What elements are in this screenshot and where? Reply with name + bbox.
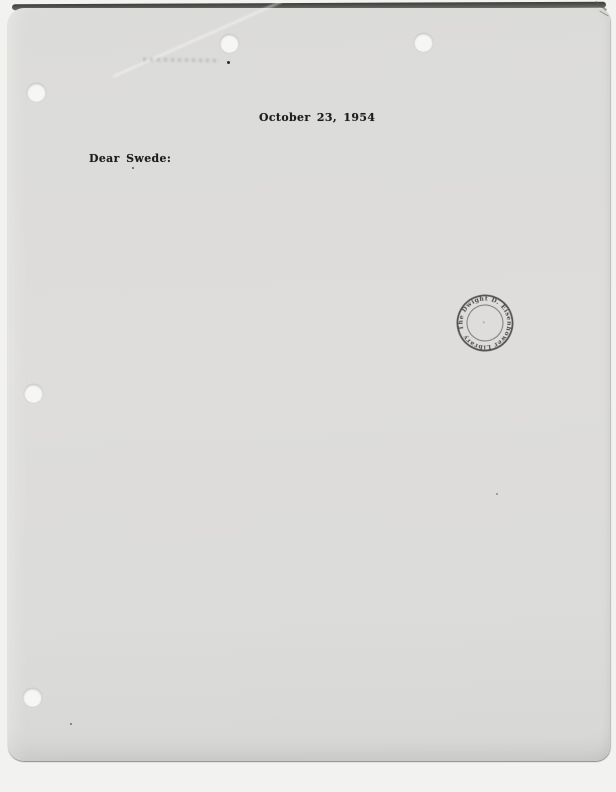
punch-hole-left-middle (24, 384, 43, 403)
ink-speck (132, 167, 134, 169)
punch-hole-left-bottom (23, 688, 42, 707)
ink-speck (496, 493, 498, 495)
ink-speck (227, 61, 230, 64)
scanned-letter-page: October 23, 1954 Dear Swede: Your judgme… (0, 0, 616, 792)
punch-hole-top-right (414, 33, 433, 52)
letter-date: October 23, 1954 (259, 111, 375, 124)
punch-hole-left-top (27, 83, 46, 102)
punch-hole-top-left (220, 34, 239, 53)
letter-salutation: Dear Swede: (89, 152, 171, 165)
ink-speck (70, 723, 72, 725)
